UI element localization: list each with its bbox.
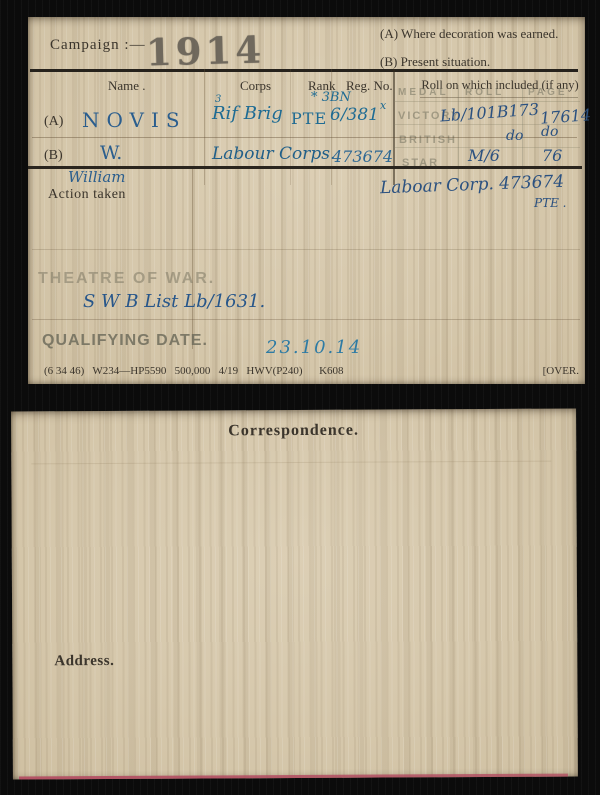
row-b-reg-no: 473674 xyxy=(332,147,393,166)
rule-under-row-a xyxy=(32,137,577,138)
row-a-reg-no: 6/381 xyxy=(330,105,379,125)
qualifying-date-value: 23.10.14 xyxy=(266,337,362,358)
address-label: Address. xyxy=(54,653,114,670)
medal-index-card-back: Correspondence. Address. xyxy=(11,409,578,780)
action-taken-rank-note: PTE . xyxy=(534,196,566,210)
stamp-grid-medal-header: MEDAL xyxy=(398,87,449,98)
stamp-grid-hline-1 xyxy=(394,101,580,102)
stamp-grid-page-header: PAGE xyxy=(528,87,568,98)
over-label: [OVER. xyxy=(543,365,579,377)
ditto-roll: do xyxy=(506,128,523,144)
stamp-british-medal: BRITISH xyxy=(399,134,457,146)
rule-heavy-top xyxy=(30,69,578,72)
column-header-corps: Corps xyxy=(240,78,271,94)
row-a-label: (A) xyxy=(44,114,63,130)
row-b-label: (B) xyxy=(44,148,63,164)
campaign-label: Campaign :— xyxy=(50,37,146,54)
row-a-reg-superscript: x xyxy=(380,99,386,112)
ditto-page: do xyxy=(541,124,558,140)
forename-annotation: William xyxy=(68,168,126,186)
row-b-star-roll-ref: M/6 xyxy=(468,146,500,165)
theatre-of-war-stamp: THEATRE OF WAR. xyxy=(38,270,215,288)
note-a-where-decoration: (A) Where decoration was earned. xyxy=(380,26,558,42)
swb-list-note: S W B List Lb/1631. xyxy=(83,291,265,312)
row-b-star-page: 76 xyxy=(542,146,562,165)
column-header-name: Name . xyxy=(108,78,146,94)
action-taken-label: Action taken xyxy=(48,187,126,203)
faint-rule-correspondence xyxy=(31,461,551,465)
action-taken-note: Laboar Corp. 473674 xyxy=(380,172,565,198)
faint-rule-mid xyxy=(32,249,580,250)
action-area-vertical-divider xyxy=(192,169,193,349)
row-a-corps: Rif Brig xyxy=(212,103,283,124)
row-a-surname: NOVIS xyxy=(82,108,187,132)
row-a-victory-roll-ref: Lb/101B173 xyxy=(439,100,539,126)
column-header-reg-no: Reg. No. xyxy=(346,78,393,94)
stamp-grid-roll-header: ROLL xyxy=(465,87,504,98)
row-b-initial: W. xyxy=(100,142,122,164)
qualifying-date-stamp: QUALIFYING DATE. xyxy=(42,332,208,350)
row-a-rank: PTE xyxy=(291,109,327,128)
print-code-footer: (6 34 46) W234—HP5590 500,000 4/19 HWV(P… xyxy=(44,365,344,377)
rule-under-swb xyxy=(32,319,580,320)
row-b-corps: Labour Corps. xyxy=(212,144,335,164)
correspondence-title: Correspondence. xyxy=(11,421,576,442)
campaign-year-stamp: 1914 xyxy=(145,27,265,74)
note-b-present-situation: (B) Present situation. xyxy=(380,54,490,70)
medal-index-card-front: Campaign :— 1914 (A) Where decoration wa… xyxy=(28,17,585,384)
row-a-reg-annotation: * 3BN xyxy=(311,90,351,105)
stamp-grid-vline-1 xyxy=(458,85,459,185)
